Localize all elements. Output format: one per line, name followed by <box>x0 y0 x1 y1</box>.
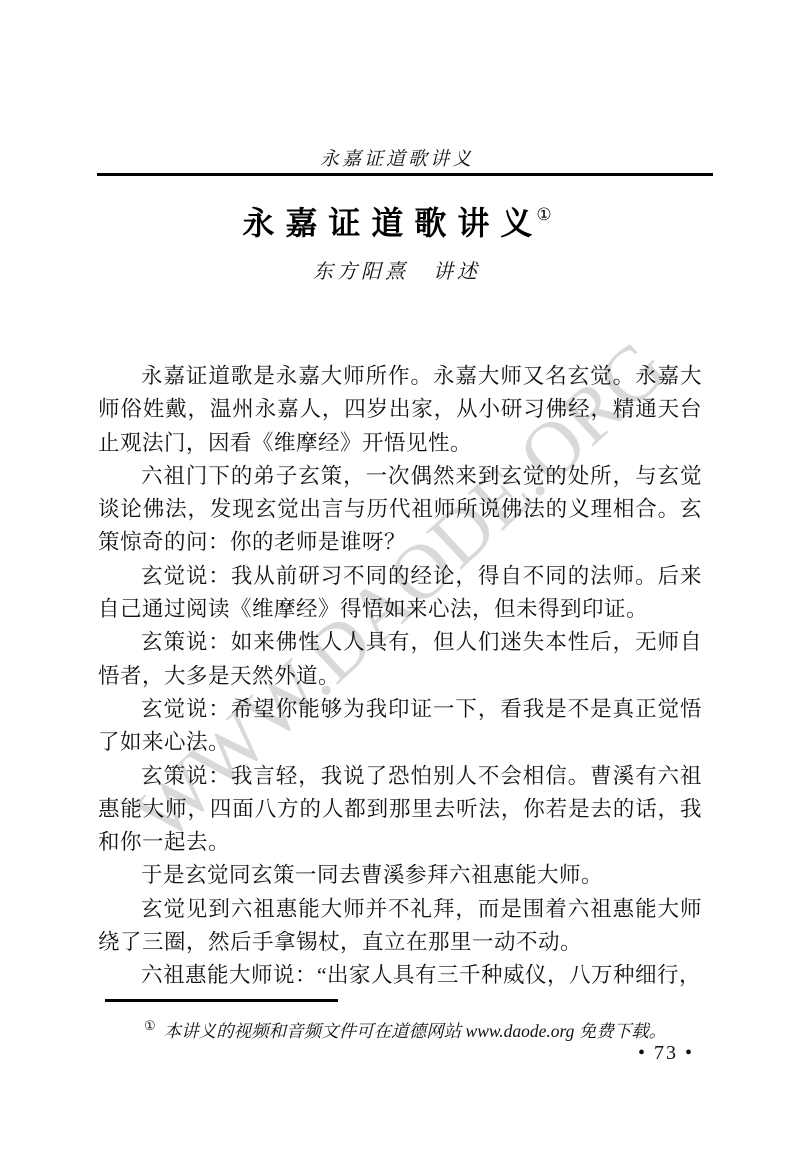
paragraph: 玄觉说：我从前研习不同的经论，得自不同的法师。后来自己通过阅读《维摩经》得悟如来… <box>98 560 702 627</box>
footnote: ①本讲义的视频和音频文件可在道德网站 www.daode.org 免费下载。 <box>98 1013 702 1044</box>
footnote-rule <box>105 999 338 1002</box>
author-line: 东方阳熹 讲述 <box>0 255 794 284</box>
header-rule <box>97 173 713 176</box>
paragraph: 六祖惠能大师说：“出家人具有三千种威仪，八万种细行， <box>98 959 702 992</box>
paragraph: 永嘉证道歌是永嘉大师所作。永嘉大师又名玄觉。永嘉大师俗姓戴，温州永嘉人，四岁出家… <box>98 360 702 460</box>
body-text: 永嘉证道歌是永嘉大师所作。永嘉大师又名玄觉。永嘉大师俗姓戴，温州永嘉人，四岁出家… <box>98 360 702 993</box>
running-header: 永嘉证道歌讲义 <box>0 144 794 171</box>
page-number: • 73 • <box>98 1042 694 1065</box>
paragraph: 玄策说：我言轻，我说了恐怕别人不会相信。曹溪有六祖惠能大师，四面八方的人都到那里… <box>98 760 702 860</box>
page-title-text: 永嘉证道歌讲义 <box>242 205 543 241</box>
title-footnote-ref: ① <box>536 205 551 224</box>
paragraph: 于是玄觉同玄策一同去曹溪参拜六祖惠能大师。 <box>98 859 702 892</box>
footnote-text: 本讲义的视频和音频文件可在道德网站 www.daode.org 免费下载。 <box>164 1021 667 1041</box>
page-title: 永嘉证道歌讲义① <box>0 198 794 244</box>
paragraph: 玄觉见到六祖惠能大师并不礼拜，而是围着六祖惠能大师绕了三圈，然后手拿锡杖，直立在… <box>98 893 702 960</box>
footnote-marker: ① <box>144 1018 156 1033</box>
document-page: 永嘉证道歌讲义 WWW.DAODE.ORG 永嘉证道歌讲义① 东方阳熹 讲述 永… <box>0 0 794 1151</box>
paragraph: 玄策说：如来佛性人人具有，但人们迷失本性后，无师自悟者，大多是天然外道。 <box>98 626 702 693</box>
paragraph: 六祖门下的弟子玄策，一次偶然来到玄觉的处所，与玄觉谈论佛法，发现玄觉出言与历代祖… <box>98 460 702 560</box>
paragraph: 玄觉说：希望你能够为我印证一下，看我是不是真正觉悟了如来心法。 <box>98 693 702 760</box>
